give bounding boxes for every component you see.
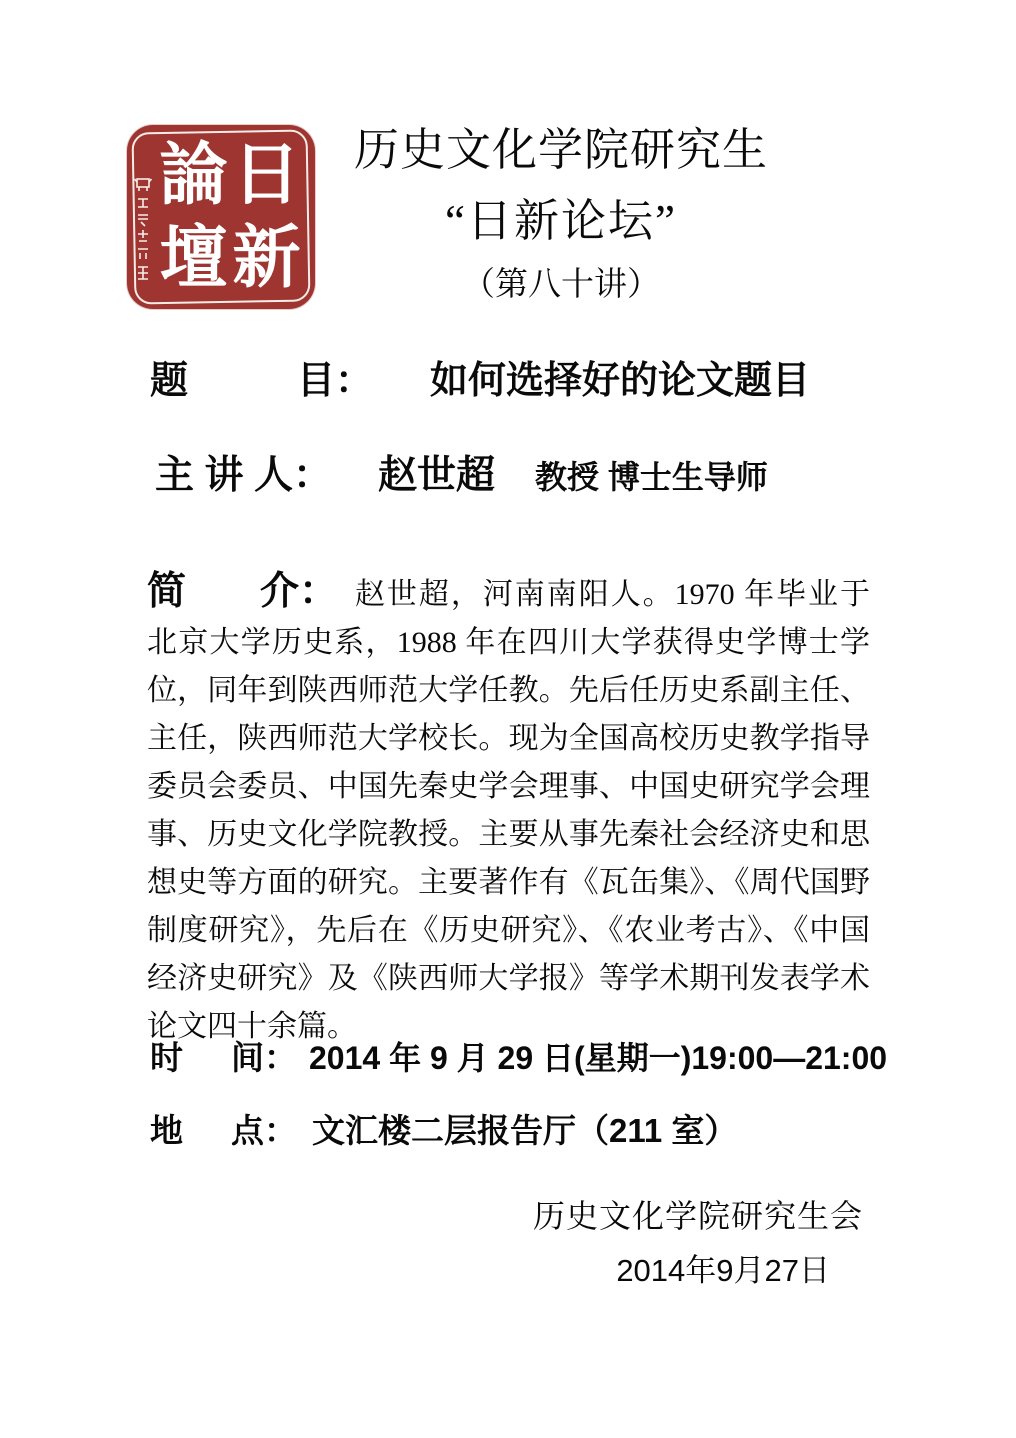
speaker-label-char1: 主 (155, 444, 194, 500)
venue-value: 文汇楼二层报告厅（211 室） (312, 1105, 737, 1152)
speaker-row: 主 讲 人： 赵世超 教授 博士生导师 (155, 444, 768, 500)
intro-text: 赵世超，河南南阳人。1970 年毕业于北京大学历史系，1988 年在四川大学获得… (147, 578, 870, 1043)
forum-name: “日新论坛” (315, 198, 807, 245)
speaker-label-char3: 人： (254, 444, 332, 500)
speaker-label: 主 讲 人： (155, 444, 332, 500)
time-row: 时 间： 2014 年 9 月 29 日(星期一)19:00—21:00 (150, 1032, 887, 1079)
topic-row: 题 目： 如何选择好的论文题目 (150, 349, 810, 404)
speaker-label-char2: 讲 (204, 444, 243, 500)
venue-row: 地 点： 文汇楼二层报告厅（211 室） (150, 1105, 737, 1152)
venue-label-char1: 地 (150, 1105, 183, 1152)
seal-char-xin: 新 (230, 216, 303, 299)
header-title-block: 历史文化学院研究生 “日新论坛” （第八十讲） (315, 125, 807, 303)
topic-value: 如何选择好的论文题目 (430, 349, 810, 404)
time-label-char2: 间： (231, 1032, 297, 1079)
lecture-number: （第八十讲） (315, 268, 807, 303)
seal-side-inscription-icon (134, 177, 152, 287)
speaker-name: 赵世超 (378, 444, 495, 500)
seal-char-lun: 論 (157, 133, 230, 216)
speaker-bio-paragraph: 简介：赵世超，河南南阳人。1970 年毕业于北京大学历史系，1988 年在四川大… (147, 568, 870, 1051)
intro-label: 简介： (147, 568, 338, 616)
rixin-forum-seal-logo: 論 壇 日 新 (127, 125, 315, 309)
topic-label-char2: 目： (297, 349, 373, 404)
time-label-char1: 时 (150, 1032, 183, 1079)
poster-page: 論 壇 日 新 历史文化学院研究生 “日新论坛” （第八十讲） 题 目： (0, 0, 1016, 1438)
organizer-signature: 历史文化学院研究生会 (533, 1191, 863, 1237)
seal-characters: 論 壇 日 新 (157, 133, 303, 299)
topic-label: 题 目： (150, 349, 373, 404)
venue-label: 地 点： (150, 1105, 297, 1152)
time-value: 2014 年 9 月 29 日(星期一)19:00—21:00 (309, 1033, 887, 1079)
page-title: 历史文化学院研究生 (315, 127, 807, 174)
intro-label-char1: 简 (147, 568, 186, 616)
speaker-titles: 教授 博士生导师 (535, 452, 768, 498)
venue-label-char2: 点： (231, 1105, 297, 1152)
time-label: 时 间： (150, 1032, 297, 1079)
seal-char-ri: 日 (230, 133, 303, 216)
topic-label-char1: 题 (150, 349, 188, 404)
seal-char-tan: 壇 (157, 216, 230, 299)
intro-label-char2: 介： (260, 568, 338, 616)
signature-date: 2014年9月27日 (616, 1245, 830, 1290)
